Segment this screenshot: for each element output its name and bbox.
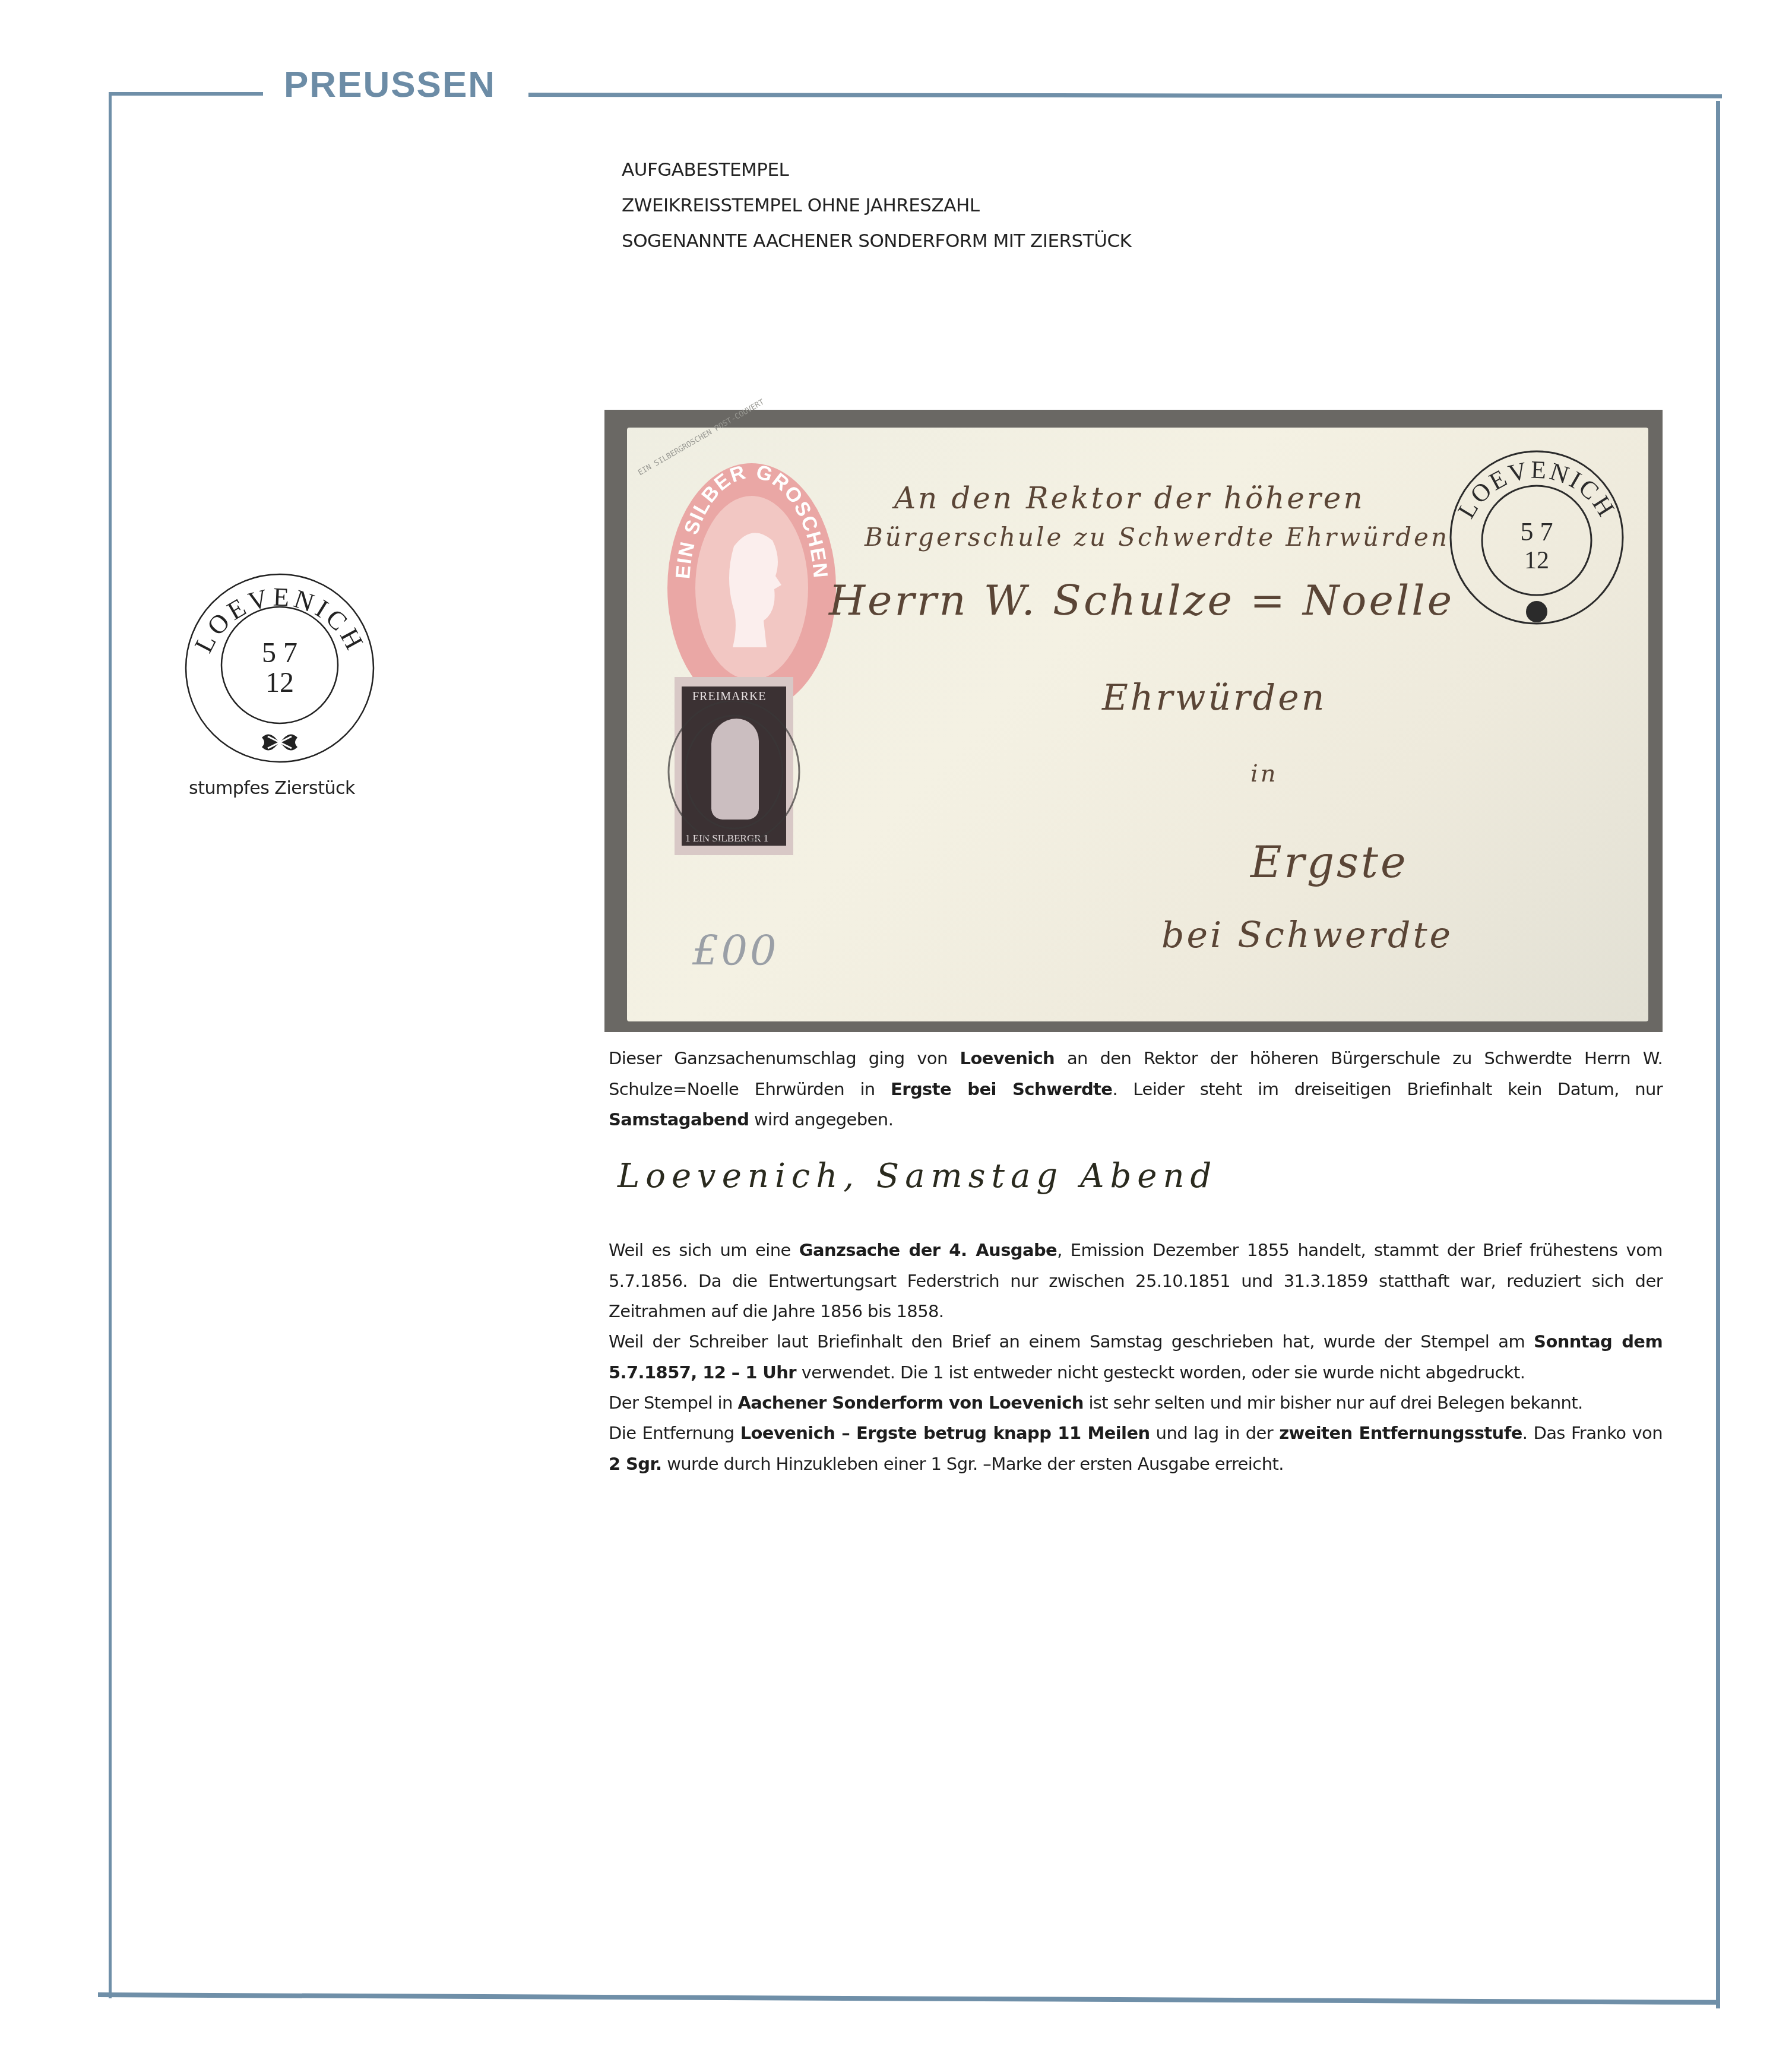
svg-text:12: 12 — [1524, 547, 1549, 574]
postage-paragraph: Die Entfernung Loevenich – Ergste betrug… — [609, 1418, 1663, 1479]
address-line-5: in — [1250, 760, 1278, 787]
address-line-7: bei Schwerdte — [1161, 915, 1453, 956]
handwritten-excerpt: Loevenich, Samstag Abend — [618, 1157, 1217, 1195]
body-text: wird angegeben. — [749, 1109, 893, 1130]
frame-bottom — [98, 1992, 1720, 2005]
emphasis-text: 2 Sgr. — [609, 1454, 662, 1474]
emphasis-text: Aachener Sonderform von Loevenich — [737, 1393, 1083, 1413]
address-line-6: Ergste — [1250, 837, 1408, 887]
frame-top-left — [110, 92, 263, 96]
emphasis-text: zweiten Entfernungsstufe — [1279, 1423, 1522, 1443]
body-text: verwendet. Die 1 ist entweder nicht gest… — [796, 1362, 1525, 1383]
body-text: ist sehr selten und mir bisher nur auf d… — [1084, 1393, 1583, 1413]
frame-top-right — [528, 93, 1722, 98]
body-text: . Das Franko von — [1522, 1423, 1663, 1443]
emphasis-text: Ergste bei Schwerdte — [891, 1079, 1112, 1099]
address-line-2: Bürgerschule zu Schwerdte Ehrwürden — [865, 523, 1449, 552]
header-line-1: AUFGABESTEMPEL — [622, 159, 789, 181]
cover-image: EIN SILBERGROSCHEN POST-COUVERT EIN SILB… — [604, 410, 1663, 1032]
rarity-paragraph: Der Stempel in Aachener Sonderform von L… — [609, 1388, 1663, 1419]
body-text: . Leider steht im dreiseitigen Briefinha… — [1112, 1079, 1663, 1099]
pencil-note: £00 — [692, 926, 779, 975]
dating-paragraph: Weil es sich um eine Ganzsache der 4. Au… — [609, 1235, 1663, 1327]
frame-right — [1716, 101, 1720, 2008]
body-text: wurde durch Hinzukleben einer 1 Sgr. –Ma… — [662, 1454, 1284, 1474]
cancel-rings-icon — [651, 701, 829, 855]
page-title: PREUSSEN — [284, 67, 496, 103]
svg-text:12: 12 — [265, 667, 294, 698]
svg-text:5 7: 5 7 — [1521, 517, 1553, 546]
svg-text:LOEVENICH: LOEVENICH — [1453, 457, 1620, 523]
emphasis-text: Ganzsache der 4. Ausgabe — [799, 1240, 1057, 1260]
emphasis-text: Loevenich — [960, 1048, 1055, 1068]
header-line-2: ZWEIKREISSTEMPEL OHNE JAHRESZAHL — [622, 195, 980, 216]
address-line-4: Ehrwürden — [1102, 677, 1326, 719]
header-line-3: SOGENANNTE AACHENER SONDERFORM MIT ZIERS… — [622, 230, 1131, 252]
address-line-3: Herrn W. Schulze = Noelle — [829, 576, 1454, 625]
body-text: Dieser Ganzsachenumschlag ging von — [609, 1048, 960, 1068]
postmark-circle-icon: LOEVENICH 5 7 12 — [176, 570, 384, 778]
postmark-caption: stumpfes Zierstück — [189, 778, 355, 799]
emphasis-text: Samstagabend — [609, 1109, 749, 1130]
body-text: Weil der Schreiber laut Briefinhalt den … — [609, 1331, 1534, 1352]
svg-text:5 7: 5 7 — [262, 637, 297, 669]
usage-paragraph: Weil der Schreiber laut Briefinhalt den … — [609, 1327, 1663, 1388]
body-text: und lag in der — [1150, 1423, 1280, 1443]
body-text: Die Entfernung — [609, 1423, 740, 1443]
frame-left — [109, 92, 112, 1998]
cover-postmark: LOEVENICH 5 7 12 — [1442, 442, 1632, 638]
description-paragraph: Dieser Ganzsachenumschlag ging von Loeve… — [609, 1043, 1663, 1135]
body-text: Der Stempel in — [609, 1393, 737, 1413]
envelope: EIN SILBERGROSCHEN POST-COUVERT EIN SILB… — [627, 428, 1648, 1021]
body-text: Weil es sich um eine — [609, 1240, 799, 1260]
address-line-1: An den Rektor der höheren — [894, 481, 1365, 515]
postmark-drawing: LOEVENICH 5 7 12 — [176, 570, 384, 778]
emphasis-text: Loevenich – Ergste betrug knapp 11 Meile… — [740, 1423, 1150, 1443]
